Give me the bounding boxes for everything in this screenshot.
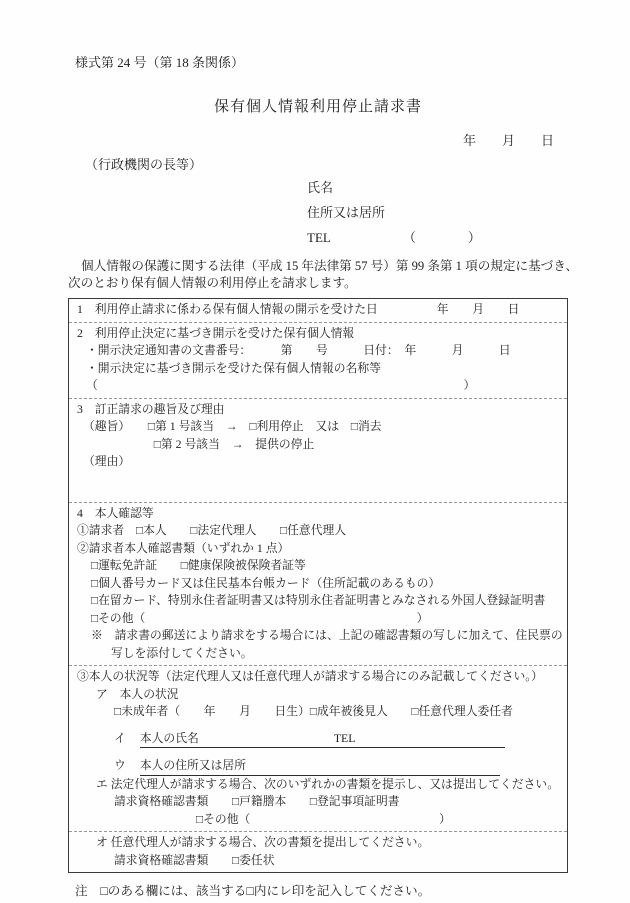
- address-field-label: 住所又は居所: [307, 200, 568, 225]
- principal-status-options: □未成年者（ 年 月 日生）□成年被後見人 □任意代理人委任者: [114, 703, 561, 721]
- reason-blank-space: [75, 471, 561, 499]
- id-doc-option-other: □その他（ ）: [91, 610, 561, 628]
- applicant-fields: 氏名 住所又は居所 TEL（ ）: [307, 175, 568, 250]
- principal-name-field: イ本人の氏名TEL: [114, 730, 561, 749]
- legal-basis-line-2: 次のとおり保有個人情報の利用停止を請求します。: [68, 275, 568, 292]
- principal-address-label: 本人の住所又は居所: [140, 758, 246, 772]
- checkbox-note-line: 注 □のある欄には、該当する□内にレ印を記入してください。: [75, 880, 568, 899]
- form-number: 様式第 24 号（第 18 条関係）: [75, 52, 568, 71]
- id-documents-heading: ②請求者本人確認書類（いずれか 1 点）: [77, 540, 561, 558]
- info-name-blank-line: （ ）: [86, 377, 561, 395]
- voluntary-agent-documents: 請求資格確認書類 □委任状: [114, 852, 561, 870]
- request-table: 1 利用停止請求に係わる保有個人情報の開示を受けた日 年 月 日 2 利用停止決…: [68, 298, 568, 873]
- section-2-heading: 2 利用停止決定に基づき開示を受けた保有個人情報: [77, 325, 561, 343]
- name-field-label: 氏名: [307, 175, 568, 200]
- tel-field-label: TEL: [307, 230, 331, 245]
- principal-address-underline: 本人の住所又は居所: [140, 757, 500, 776]
- document-number-line: ・開示決定通知書の文書番号： 第 号 日付： 年 月 日: [86, 342, 561, 360]
- tel-parens: （ ）: [403, 230, 481, 245]
- legal-basis-line-1: 個人情報の保護に関する法律（平成 15 年法律第 57 号）第 99 条第 1 …: [68, 258, 568, 275]
- principal-tel-label: TEL: [334, 731, 356, 745]
- info-name-label-line: ・開示決定に基づき開示を受けた保有個人情報の名称等: [86, 360, 561, 378]
- date-field: 年 月 日: [68, 130, 568, 149]
- purpose-checkbox-line-2: □第 2 号該当 → 提供の停止: [83, 436, 561, 454]
- principal-name-underline: 本人の氏名TEL: [140, 730, 505, 749]
- item-label-u: ウ: [114, 758, 126, 772]
- id-doc-option-line-2: □個人番号カード又は住民基本台帳カード（住所記載のあるもの）: [91, 575, 561, 593]
- form-document-page: 様式第 24 号（第 18 条関係） 保有個人情報利用停止請求書 年 月 日 （…: [0, 0, 630, 903]
- mail-note-line-2: 写しを添付してください。: [111, 645, 561, 663]
- principal-status-label: ア 本人の状況: [96, 686, 561, 704]
- legal-agent-instruction: エ 法定代理人が請求する場合、次のいずれかの書類を提示し、又は提出してください。: [96, 776, 561, 794]
- legal-basis-paragraph: 個人情報の保護に関する法律（平成 15 年法律第 57 号）第 99 条第 1 …: [68, 258, 568, 292]
- section-3-heading: 3 訂正請求の趣旨及び理由: [77, 401, 561, 419]
- legal-agent-other-doc: □その他（ ）: [196, 811, 561, 829]
- section-4-voluntary-agent-row: オ 任意代理人が請求する場合、次の書類を提出してください。 請求資格確認書類 □…: [69, 831, 567, 872]
- id-doc-option-line-3: □在留カード、特別永住者証明書又は特別永住者証明書とみなされる外国人登録証明書: [91, 592, 561, 610]
- section-2-disclosed-info-row: 2 利用停止決定に基づき開示を受けた保有個人情報 ・開示決定通知書の文書番号： …: [69, 322, 567, 398]
- reason-label-line: （理由）: [83, 453, 561, 471]
- item-label-i: イ: [114, 731, 126, 745]
- form-title: 保有個人情報利用停止請求書: [68, 95, 568, 116]
- form-content: 様式第 24 号（第 18 条関係） 保有個人情報利用停止請求書 年 月 日 （…: [68, 52, 568, 899]
- voluntary-agent-instruction: オ 任意代理人が請求する場合、次の書類を提出してください。: [96, 834, 561, 852]
- section-4-identity-verification-row: 4 本人確認等 ①請求者 □本人 □法定代理人 □任意代理人 ②請求者本人確認書…: [69, 502, 567, 666]
- requester-type-line: ①請求者 □本人 □法定代理人 □任意代理人: [77, 522, 561, 540]
- legal-agent-documents: 請求資格確認書類 □戸籍謄本 □登記事項証明書: [114, 793, 561, 811]
- mail-note-line-1: ※ 請求書の郵送により請求をする場合には、上記の確認書類の写しに加えて、住民票の: [91, 627, 561, 645]
- section-1-text: 1 利用停止請求に係わる保有個人情報の開示を受けた日 年 月 日: [77, 301, 561, 319]
- id-doc-option-line-1: □運転免許証 □健康保険被保険者証等: [91, 557, 561, 575]
- section-4-heading: 4 本人確認等: [77, 505, 561, 523]
- addressee-label: （行政機関の長等）: [85, 154, 568, 173]
- section-3-purpose-reason-row: 3 訂正請求の趣旨及び理由 （趣旨） □第 1 号該当 → □利用停止 又は □…: [69, 398, 567, 502]
- principal-name-label: 本人の氏名: [140, 731, 199, 745]
- section-1-disclosure-date-row: 1 利用停止請求に係わる保有個人情報の開示を受けた日 年 月 日: [69, 299, 567, 322]
- purpose-checkbox-line-1: （趣旨） □第 1 号該当 → □利用停止 又は □消去: [83, 418, 561, 436]
- principal-address-field: ウ本人の住所又は居所: [114, 757, 561, 776]
- section-4-principal-status-row: ③本人の状況等（法定代理人又は任意代理人が請求する場合にのみ記載してください。）…: [69, 665, 567, 831]
- principal-status-heading: ③本人の状況等（法定代理人又は任意代理人が請求する場合にのみ記載してください。）: [77, 668, 561, 686]
- tel-field-line: TEL（ ）: [307, 225, 568, 250]
